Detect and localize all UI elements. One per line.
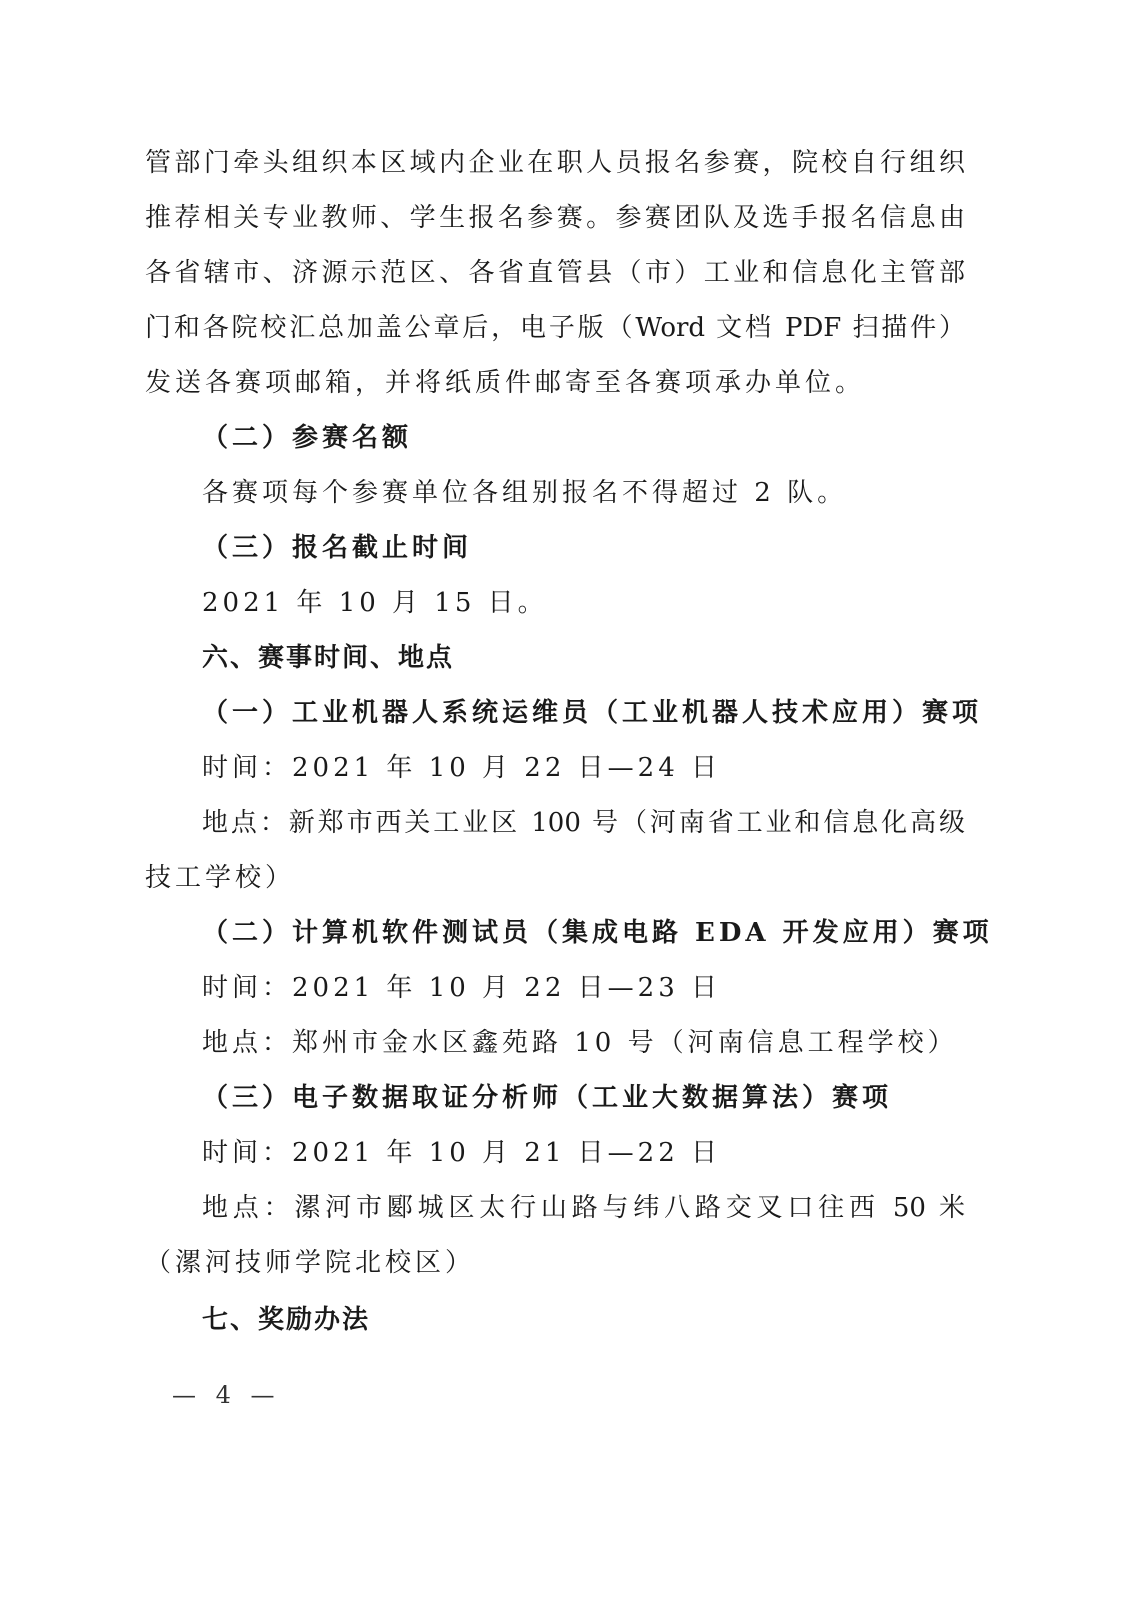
event-1-time: 时间：2021 年 10 月 22 日—24 日 — [202, 751, 965, 785]
body-paragraph-line: 门和各院校汇总加盖公章后，电子版（Word 文档 PDF 扫描件） — [145, 311, 965, 345]
body-paragraph-line: 各赛项每个参赛单位各组别报名不得超过 2 队。 — [202, 476, 965, 510]
body-paragraph-line: 各省辖市、济源示范区、各省直管县（市）工业和信息化主管部 — [145, 256, 965, 290]
event-1-location: 地点：新郑市西关工业区 100 号（河南省工业和信息化高级 — [202, 806, 965, 840]
body-paragraph-line: 管部门牵头组织本区域内企业在职人员报名参赛，院校自行组织 — [145, 146, 965, 180]
section-heading-time-location: 六、赛事时间、地点 — [202, 641, 965, 675]
event-2-location: 地点：郑州市金水区鑫苑路 10 号（河南信息工程学校） — [202, 1026, 965, 1060]
section-heading-awards: 七、奖励办法 — [202, 1303, 965, 1337]
subheading-quota: （二）参赛名额 — [202, 421, 965, 455]
event-1-location-cont: 技工学校） — [145, 861, 965, 895]
event-3-time: 时间：2021 年 10 月 21 日—22 日 — [202, 1136, 965, 1170]
subheading-event-2: （二）计算机软件测试员（集成电路 EDA 开发应用）赛项 — [202, 916, 965, 950]
event-3-location-cont: （漯河技师学院北校区） — [145, 1246, 965, 1280]
event-3-location: 地点：漯河市郾城区太行山路与纬八路交叉口往西 50 米 — [202, 1191, 965, 1225]
body-paragraph-line: 推荐相关专业教师、学生报名参赛。参赛团队及选手报名信息由 — [145, 201, 965, 235]
page-number: — 4 — — [172, 1380, 281, 1410]
subheading-event-3: （三）电子数据取证分析师（工业大数据算法）赛项 — [202, 1081, 965, 1115]
body-paragraph-line: 发送各赛项邮箱，并将纸质件邮寄至各赛项承办单位。 — [145, 366, 965, 400]
event-2-time: 时间：2021 年 10 月 22 日—23 日 — [202, 971, 965, 1005]
subheading-deadline: （三）报名截止时间 — [202, 531, 965, 565]
subheading-event-1: （一）工业机器人系统运维员（工业机器人技术应用）赛项 — [202, 696, 965, 730]
body-paragraph-line: 2021 年 10 月 15 日。 — [202, 586, 965, 620]
